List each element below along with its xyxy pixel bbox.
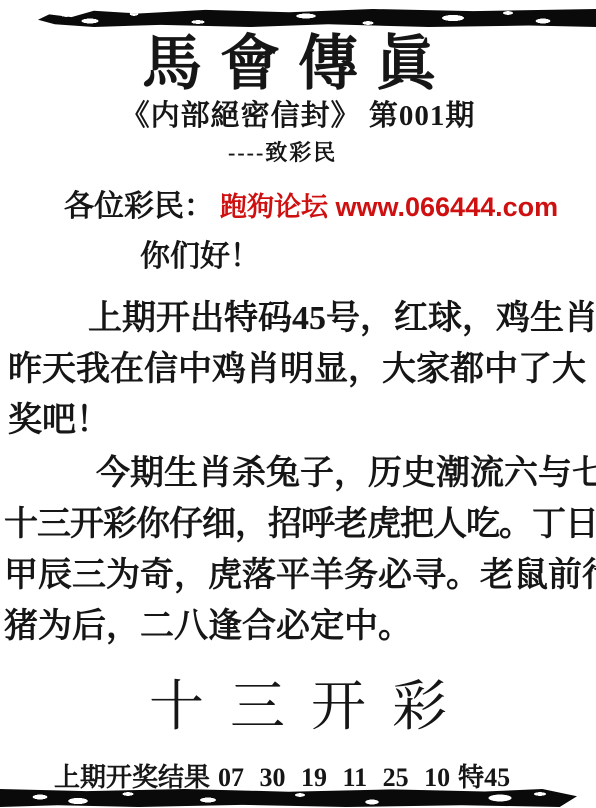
dedication-line: ----致彩民 <box>228 136 337 167</box>
page-title: 馬會傳眞 <box>0 16 596 102</box>
body-line: 奖吧！ <box>8 392 110 441</box>
forum-url-text: 跑狗论坛 www.066444.com <box>220 185 558 224</box>
scan-artifact-bottom-band <box>0 789 577 807</box>
body-line: 上期开出特码45号，红球，鸡生肖。 <box>88 290 596 339</box>
body-line: 昨天我在信中鸡肖明显，大家都中了大 <box>8 341 586 390</box>
body-line: 十三开彩你仔细，招呼老虎把人吃。丁日 <box>4 496 596 545</box>
previous-results-line: 上期开奖结果07 30 19 11 25 10特45 <box>54 757 510 794</box>
body-line: 甲辰三为奇，虎落平羊务必寻。老鼠前行 <box>4 547 596 596</box>
results-label: 上期开奖结果 <box>54 763 210 792</box>
issue-line: 《内部絕密信封》 第001期 <box>0 93 596 134</box>
results-special-number: 特45 <box>458 763 510 792</box>
fax-document-page: 馬會傳眞 《内部絕密信封》 第001期 ----致彩民 各位彩民： 跑狗论坛 w… <box>0 0 596 808</box>
greeting-line: 你们好！ <box>140 231 260 275</box>
results-numbers: 07 30 19 11 25 10 <box>218 763 450 792</box>
body-line: 猪为后，二八逢合必定中。 <box>4 598 412 647</box>
salutation-label: 各位彩民： <box>64 181 214 225</box>
body-line: 今期生肖杀兔子，历史潮流六与七。 <box>96 445 596 494</box>
big-caption: 十三开彩 <box>0 662 596 741</box>
